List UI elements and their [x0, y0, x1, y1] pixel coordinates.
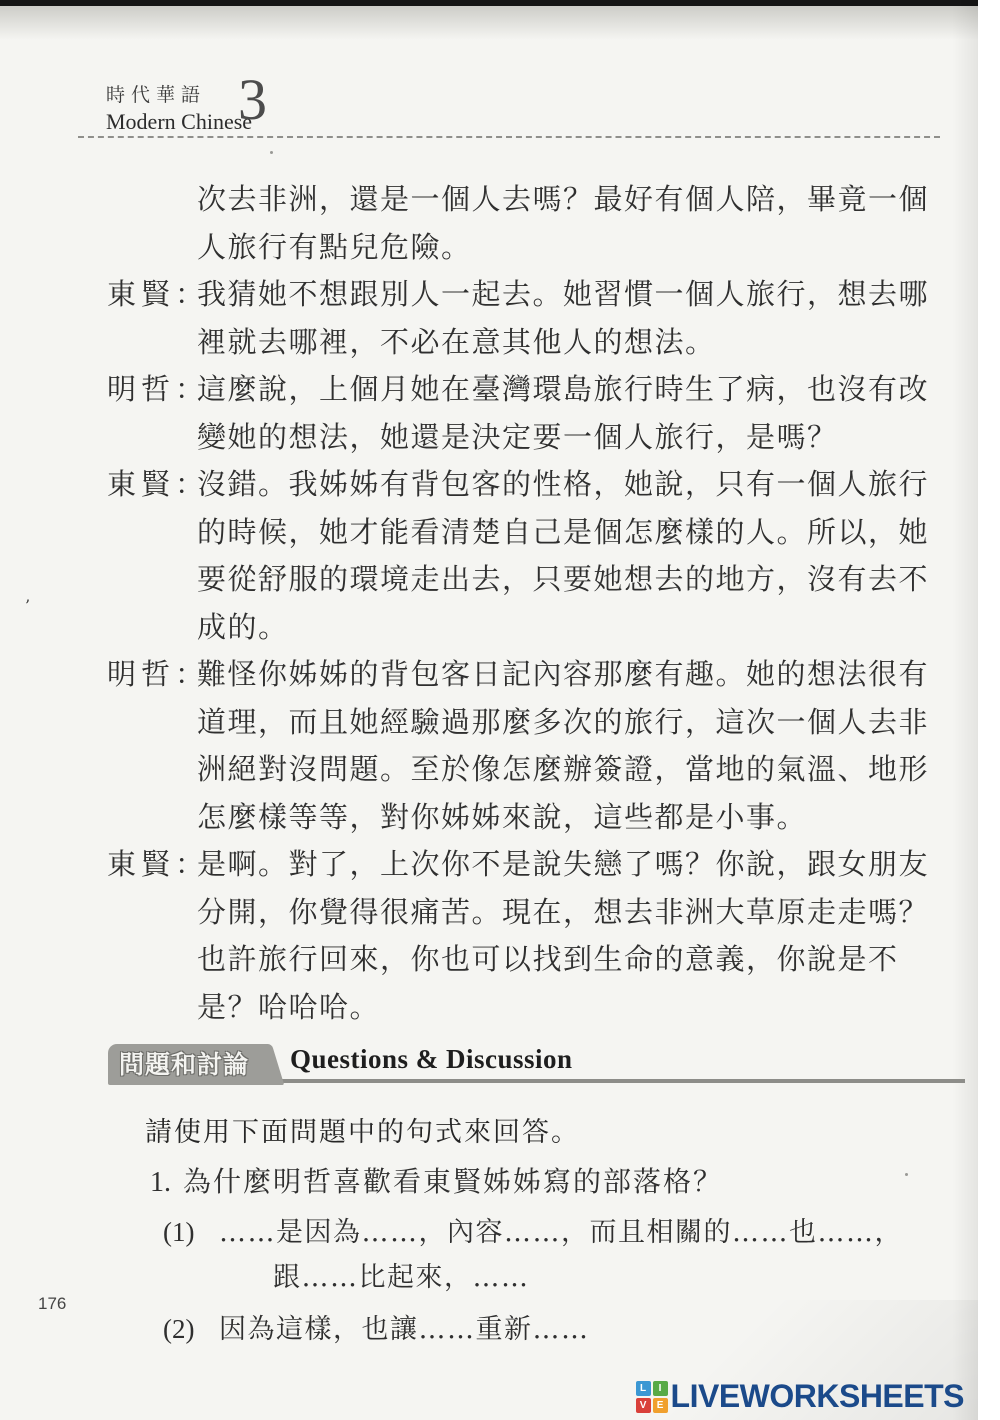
dialogue-line: 我猜她不想跟別人一起去。她習慣一個人旅行，想去哪	[197, 271, 955, 319]
dialogue-line: 是啊。對了，上次你不是說失戀了嗎？你說，跟女朋友	[197, 841, 955, 889]
liveworksheets-logo-icon: LIVE	[636, 1381, 668, 1413]
hint-label: (1)	[163, 1210, 194, 1255]
hint-label: (2)	[163, 1307, 194, 1352]
dialogue-entry: 明哲：難怪你姊姊的背包客日記內容那麼有趣。她的想法很有道理，而且她經驗過那麼多次…	[107, 651, 955, 841]
hint-line: ……是因為……，內容……，而且相關的……也……，	[219, 1210, 903, 1255]
question-hint: (1)……是因為……，內容……，而且相關的……也……，跟……比起來，……	[163, 1210, 903, 1300]
scan-speck: ’	[25, 598, 30, 614]
logo-tile-i: I	[653, 1381, 668, 1396]
question-number: 1.	[150, 1167, 171, 1198]
dialogue-line: 成的。	[197, 604, 955, 652]
book-series-header: 時代華語 Modern Chinese	[106, 80, 252, 135]
dialogue-entry: 東賢：我猜她不想跟別人一起去。她習慣一個人旅行，想去哪裡就去哪裡，不必在意其他人…	[107, 271, 955, 366]
liveworksheets-logo-text: LIVEWORKSHEETS	[671, 1378, 964, 1415]
speaker-label: 明哲：	[107, 366, 209, 414]
header-divider	[78, 136, 940, 138]
dialogue-line: 也許旅行回來，你也可以找到生命的意義，你說是不	[197, 936, 955, 984]
series-title-chinese: 時代華語	[106, 80, 252, 107]
section-title: Questions & Discussion	[290, 1044, 573, 1075]
dialogue-line: 分開，你覺得很痛苦。現在，想去非洲大草原走走嗎？	[197, 889, 955, 937]
dialogue-line: 的時候，她才能看清楚自己是個怎麼樣的人。所以，她	[197, 509, 955, 557]
speaker-label: 東賢：	[107, 841, 209, 889]
dialogue-line: 裡就去哪裡，不必在意其他人的想法。	[197, 319, 955, 367]
page-number: 176	[38, 1294, 66, 1314]
dialogue-entry: 次去非洲，還是一個人去嗎？最好有個人陪，畢竟一個人旅行有點兒危險。	[107, 176, 955, 271]
volume-number: 3	[238, 66, 267, 133]
dialogue-line: 是？哈哈哈。	[197, 984, 955, 1032]
speaker-label: 東賢：	[107, 461, 209, 509]
question-instruction: 請使用下面問題中的句式來回答。	[145, 1110, 580, 1149]
question-hints-block: (1)……是因為……，內容……，而且相關的……也……，跟……比起來，……(2)因…	[163, 1210, 903, 1359]
speaker-label: 明哲：	[107, 651, 209, 699]
hint-line: 因為這樣，也讓……重新……	[219, 1307, 903, 1352]
dialogue-line: 人旅行有點兒危險。	[197, 224, 955, 272]
dialogue-line: 這麼說，上個月她在臺灣環島旅行時生了病，也沒有改	[197, 366, 955, 414]
logo-tile-v: V	[636, 1398, 651, 1413]
scan-margin-right	[978, 0, 1000, 1420]
series-title-english: Modern Chinese	[106, 109, 252, 135]
logo-tile-e: E	[653, 1398, 668, 1413]
dialogue-line: 次去非洲，還是一個人去嗎？最好有個人陪，畢竟一個	[197, 176, 955, 224]
question-hint: (2)因為這樣，也讓……重新……	[163, 1307, 903, 1352]
section-tab: 問題和討論	[108, 1044, 260, 1085]
liveworksheets-logo[interactable]: LIVE LIVEWORKSHEETS	[636, 1378, 964, 1415]
dialogue-line: 要從舒服的環境走出去，只要她想去的地方，沒有去不	[197, 556, 955, 604]
scan-speck	[270, 151, 273, 154]
dialogue-line: 洲絕對沒問題。至於像怎麼辦簽證，當地的氣溫、地形	[197, 746, 955, 794]
dialogue-text-block: 次去非洲，還是一個人去嗎？最好有個人陪，畢竟一個人旅行有點兒危險。東賢：我猜她不…	[107, 176, 955, 1031]
dialogue-entry: 明哲：這麼說，上個月她在臺灣環島旅行時生了病，也沒有改變她的想法，她還是決定要一…	[107, 366, 955, 461]
dialogue-line: 沒錯。我姊姊有背包客的性格，她說，只有一個人旅行	[197, 461, 955, 509]
dialogue-line: 道理，而且她經驗過那麼多次的旅行，這次一個人去非	[197, 699, 955, 747]
dialogue-line: 怎麼樣等等，對你姊姊來說，這些都是小事。	[197, 794, 955, 842]
question-1: 1.為什麼明哲喜歡看東賢姊姊寫的部落格？	[150, 1160, 723, 1200]
scan-speck	[905, 1173, 908, 1176]
scan-shadow-right	[952, 0, 978, 1420]
dialogue-line: 難怪你姊姊的背包客日記內容那麼有趣。她的想法很有	[197, 651, 955, 699]
logo-tile-l: L	[636, 1381, 651, 1396]
dialogue-entry: 東賢：是啊。對了，上次你不是說失戀了嗎？你說，跟女朋友分開，你覺得很痛苦。現在，…	[107, 841, 955, 1031]
textbook-page: ’ 時代華語 Modern Chinese 3 次去非洲，還是一個人去嗎？最好有…	[0, 0, 1000, 1420]
speaker-label: 東賢：	[107, 271, 209, 319]
question-text: 為什麼明哲喜歡看東賢姊姊寫的部落格？	[183, 1165, 723, 1198]
dialogue-line: 變她的想法，她還是決定要一個人旅行，是嗎？	[197, 414, 955, 462]
hint-line: 跟……比起來，……	[219, 1255, 903, 1300]
scan-shadow-top	[0, 6, 1000, 40]
dialogue-entry: 東賢：沒錯。我姊姊有背包客的性格，她說，只有一個人旅行的時候，她才能看清楚自己是…	[107, 461, 955, 651]
section-tab-label: 問題和討論	[108, 1044, 260, 1085]
